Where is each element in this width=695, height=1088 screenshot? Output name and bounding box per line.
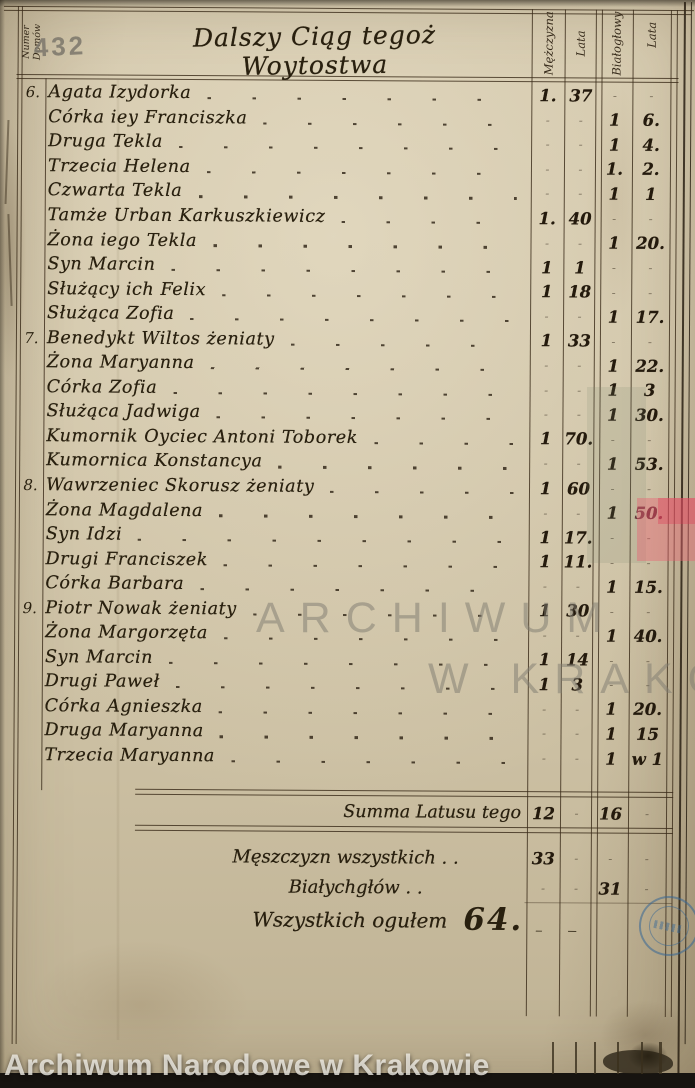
summary-row-latus: Summa Latusu tego 12 - 16 - <box>17 794 690 830</box>
dotted-leader <box>341 221 516 224</box>
page-edge-mark <box>552 1042 554 1074</box>
person-name: Żona Maryanna <box>43 352 195 373</box>
grand-total-flourish: – ‒ <box>535 921 587 939</box>
men-count-cell: - <box>530 383 563 397</box>
person-name: Syn Idzi <box>42 524 123 544</box>
person-name-cell: Druga Tekla <box>44 132 531 155</box>
dotted-leader <box>330 491 515 494</box>
women-years-cell: 6. <box>632 111 670 130</box>
dotted-leader <box>138 539 515 543</box>
women-count-cell: - <box>597 89 632 103</box>
men-years-cell: 40 <box>564 209 597 228</box>
person-name-cell: Drugi Franciszek <box>42 549 529 572</box>
women-count-cell: 1 <box>596 307 631 326</box>
dotted-leader <box>231 760 513 764</box>
women-years-cell: - <box>629 604 667 618</box>
column-header-men: Mężczyzna <box>532 9 565 77</box>
person-name-cell: Córka iey Franciszka <box>44 107 531 130</box>
dotted-leader <box>207 97 517 101</box>
women-count-cell: - <box>596 334 631 348</box>
women-years-cell: - <box>628 807 666 821</box>
men-count-cell: - <box>531 113 564 127</box>
ink-blot <box>628 1042 668 1070</box>
person-name: Żona Margorzęta <box>41 622 208 643</box>
dotted-leader <box>200 588 514 592</box>
person-name-cell: Agata Izydorka <box>44 82 531 105</box>
dotted-leader <box>279 466 516 470</box>
person-name-cell: Kumornica Konstancya <box>42 451 529 474</box>
dotted-leader <box>179 146 517 150</box>
men-years-cell: - <box>564 187 597 201</box>
dotted-leader <box>190 318 516 322</box>
person-name: Kumornik Oyciec Antoni Toborek <box>42 426 358 448</box>
men-years-cell: - <box>560 751 593 765</box>
person-name: Córka Zofia <box>43 377 158 398</box>
men-years-cell: - <box>564 113 597 127</box>
watermark-line2: W KRAKOWIE <box>428 655 695 704</box>
person-name: Żona Magdalena <box>42 500 203 521</box>
dotted-leader <box>219 515 515 519</box>
women-count-cell: 31 <box>593 879 628 898</box>
person-name: Tamże Urban Karkuszkiewicz <box>44 205 326 227</box>
person-name: Druga Maryanna <box>40 721 203 742</box>
person-name-cell: Syn Marcin <box>43 254 530 277</box>
summary-label: Męszczyzn wszystkich . . <box>40 845 527 869</box>
person-name-cell: Syn Idzi <box>42 524 529 547</box>
women-count-cell: - <box>596 261 631 275</box>
dotted-leader <box>222 294 516 298</box>
men-years-cell: - <box>564 138 597 152</box>
page-edge-mark <box>641 1042 643 1074</box>
men-count-cell: - <box>531 187 564 201</box>
women-years-cell: 1 <box>632 185 670 204</box>
men-count-cell: - <box>527 881 560 895</box>
men-years-cell: - <box>563 310 596 324</box>
person-name: Córka Agnieszka <box>41 696 203 717</box>
person-name: Służąca Zofia <box>43 303 175 324</box>
person-name: Wawrzeniec Skorusz żeniaty <box>42 475 314 497</box>
men-years-cell: - <box>560 727 593 741</box>
person-name: Córka Barbara <box>41 573 184 594</box>
dotted-leader <box>291 343 516 347</box>
women-count-cell: - <box>593 852 628 866</box>
women-count-cell: - <box>596 285 631 299</box>
men-years-cell: - <box>563 359 596 373</box>
dotted-leader <box>173 392 515 396</box>
dotted-leader <box>213 245 516 249</box>
men-years-cell: - <box>560 851 593 865</box>
men-years-cell: - <box>561 702 594 716</box>
person-name-cell: Córka Zofia <box>43 377 530 400</box>
person-name: Trzecia Helena <box>44 156 191 177</box>
women-count-cell: 1 <box>597 135 632 154</box>
column-header-men-years: Lata <box>565 9 596 77</box>
women-years-cell: 2. <box>632 160 670 179</box>
women-years-cell: - <box>632 89 670 103</box>
house-number-cell: 8. <box>19 476 42 494</box>
men-years-cell: 33 <box>563 332 596 351</box>
men-count-cell: - <box>529 506 562 520</box>
column-header-label: Lata <box>573 30 587 56</box>
dotted-leader <box>207 171 517 175</box>
summary-label: Białychgłów . . <box>40 875 527 899</box>
grand-total-row: Wszystkich ogułem 64. – ‒ <box>16 906 689 940</box>
archive-banner: Archiwum Narodowe w Krakowie <box>4 1049 490 1083</box>
summary-row-women-total: Białychgłów . . - - 31 - <box>16 870 689 904</box>
page-title: Dalszy Ciąg tegoż Woytostwa <box>149 19 480 82</box>
women-years-cell: 40. <box>629 627 667 646</box>
column-header-women: Białogłowy <box>601 10 633 78</box>
men-years-cell: - <box>560 881 593 895</box>
women-years-cell: - <box>628 882 666 896</box>
men-count-cell: 1 <box>530 282 563 301</box>
women-count-cell: - <box>597 212 632 226</box>
men-count-cell: 1 <box>530 331 563 350</box>
men-count-cell: - <box>528 579 561 593</box>
men-count-cell: 1 <box>529 552 562 571</box>
person-name-cell: Trzecia Helena <box>44 156 531 179</box>
person-name-cell: Trzecia Maryanna <box>40 745 527 768</box>
men-count-cell: - <box>529 457 562 471</box>
men-years-cell: - <box>560 806 593 820</box>
column-header-label: Lata <box>645 22 659 48</box>
person-name: Żona iego Tekla <box>43 230 197 251</box>
watermark-line1: ARCHIWUM <box>256 594 617 643</box>
person-name-cell: Córka Barbara <box>41 573 528 596</box>
column-header-label: Mężczyzna <box>541 11 555 75</box>
men-count-cell: - <box>528 702 561 716</box>
men-count-cell: - <box>530 358 563 372</box>
page-edge-mark <box>617 1042 619 1074</box>
person-name: Służący ich Felix <box>43 279 206 300</box>
men-count-cell: 1. <box>531 86 564 105</box>
person-name: Syn Marcin <box>43 254 155 275</box>
person-name: Drugi Franciszek <box>42 549 209 570</box>
men-count-cell: 12 <box>527 804 560 823</box>
women-years-cell: - <box>631 285 669 299</box>
grand-total-value: 64. <box>463 902 523 938</box>
person-name: Drugi Paweł <box>41 672 160 693</box>
dotted-leader <box>211 367 516 371</box>
house-number-cell: 7. <box>20 329 43 347</box>
men-years-cell: - <box>561 580 594 594</box>
men-count-cell: - <box>527 727 560 741</box>
house-number-cell: 6. <box>21 83 44 101</box>
men-years-cell: 1 <box>563 258 596 277</box>
women-years-cell: - <box>632 212 670 226</box>
men-count-cell: - <box>531 162 564 176</box>
men-count-cell: 1 <box>530 258 563 277</box>
person-name: Kumornica Konstancya <box>42 451 262 472</box>
men-count-cell: 33 <box>527 849 560 868</box>
person-name: Piotr Nowak żeniaty <box>41 598 237 619</box>
men-years-cell: 18 <box>563 282 596 301</box>
person-name-cell: Benedykt Wiltos żeniaty <box>43 328 530 351</box>
summary-row-men-total: Męszczyzn wszystkich . . 33 - - - <box>17 840 690 874</box>
women-count-cell: 1 <box>596 356 631 375</box>
person-name: Córka iey Franciszka <box>44 107 247 128</box>
person-name-cell: Tamże Urban Karkuszkiewicz <box>44 205 531 228</box>
person-name-cell: Służąca Jadwiga <box>42 402 529 425</box>
women-count-cell: 1 <box>593 725 628 744</box>
women-count-cell: 16 <box>593 804 628 823</box>
dotted-leader <box>224 564 515 568</box>
person-name: Syn Marcin <box>41 647 153 668</box>
person-name: Druga Tekla <box>44 132 163 153</box>
dotted-leader <box>220 736 514 740</box>
person-name-cell: Służąca Zofia <box>43 303 530 326</box>
men-count-cell: - <box>530 309 563 323</box>
person-name-cell: Druga Maryanna <box>40 721 527 744</box>
person-name: Czwarta Tekla <box>44 181 183 202</box>
column-header-label: Białogłowy <box>610 12 624 76</box>
women-years-cell: 22. <box>631 357 669 376</box>
person-name: Trzecia Maryanna <box>40 745 215 766</box>
women-years-cell: - <box>628 852 666 866</box>
women-count-cell: 1 <box>596 234 631 253</box>
person-name-cell: Wawrzeniec Skorusz żeniaty <box>42 475 529 498</box>
men-count-cell: - <box>527 751 560 765</box>
women-count-cell: 1. <box>597 160 632 179</box>
men-count-cell: - <box>530 236 563 250</box>
women-years-cell: 4. <box>632 136 670 155</box>
women-count-cell: 1 <box>593 749 628 768</box>
women-years-cell: w 1 <box>628 749 666 768</box>
women-count-cell: 1 <box>597 111 632 130</box>
person-name-cell: Żona Maryanna <box>43 352 530 375</box>
women-years-cell: 15 <box>628 725 666 744</box>
dotted-leader <box>171 269 516 273</box>
men-count-cell: 1 <box>529 479 562 498</box>
dotted-leader <box>374 442 515 445</box>
page-edge-mark <box>575 1042 577 1074</box>
dotted-leader <box>198 195 516 199</box>
person-name-cell: Czwarta Tekla <box>44 181 531 204</box>
dotted-leader <box>217 416 516 420</box>
women-years-cell: 15. <box>629 577 667 596</box>
women-years-cell: - <box>631 261 669 275</box>
women-years-cell: 17. <box>631 307 669 326</box>
men-years-cell: 37 <box>564 86 597 105</box>
person-name: Służąca Jadwiga <box>42 402 200 423</box>
pencil-folio-number: 432 <box>33 30 87 63</box>
dotted-leader <box>219 711 514 715</box>
column-header-women-years: Lata <box>633 4 671 66</box>
scanned-register-page: Numer Domów Mężczyzna Lata Białogłowy La… <box>0 0 695 1088</box>
person-name-cell: Kumornik Oyciec Antoni Toborek <box>42 426 529 449</box>
men-years-cell: - <box>563 236 596 250</box>
summary-label: Summa Latusu tego <box>40 800 527 823</box>
men-years-cell: - <box>564 162 597 176</box>
men-count-cell: 1 <box>529 430 562 449</box>
person-name: Benedykt Wiltos żeniaty <box>43 328 275 349</box>
men-count-cell: 1 <box>529 528 562 547</box>
women-years-cell: - <box>631 334 669 348</box>
men-count-cell: - <box>531 137 564 151</box>
women-count-cell: 1 <box>597 184 632 203</box>
women-years-cell: 20. <box>631 234 669 253</box>
person-name-cell: Żona Magdalena <box>42 500 529 523</box>
table-row: Trzecia Maryanna--1w 1 <box>17 743 690 772</box>
dotted-leader <box>263 122 517 126</box>
men-count-cell: - <box>529 407 562 421</box>
pink-highlight-overlay-core <box>658 498 695 524</box>
person-name-cell: Służący ich Felix <box>43 279 530 302</box>
grand-total-label: Wszystkich ogułem <box>252 907 447 932</box>
men-count-cell: 1. <box>531 209 564 228</box>
house-number-cell: 9. <box>18 599 41 617</box>
page-edge-mark <box>659 1042 662 1074</box>
page-edge-mark <box>594 1042 596 1074</box>
person-name: Agata Izydorka <box>44 82 191 103</box>
person-name-cell: Żona iego Tekla <box>43 230 530 253</box>
